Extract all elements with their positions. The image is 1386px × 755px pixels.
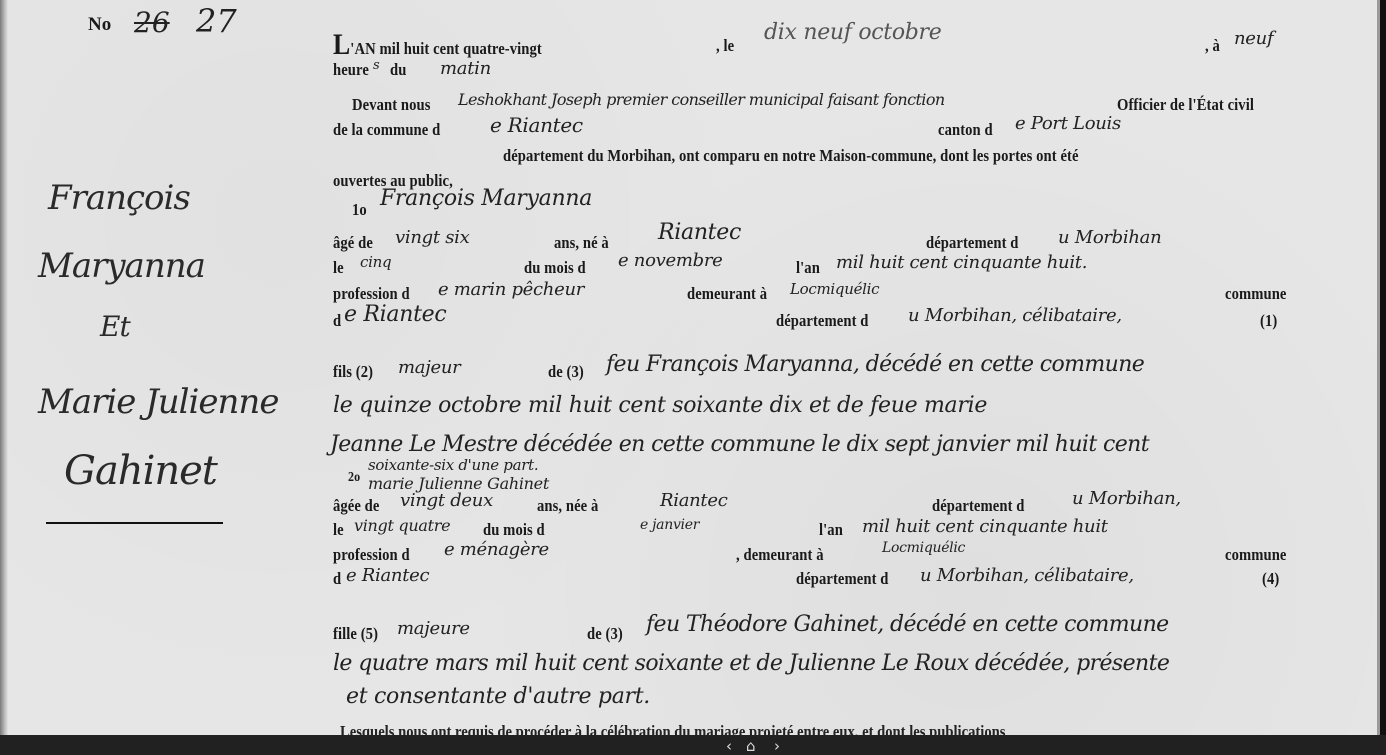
handwritten-bride-father: feu Théodore Gahinet, décédé en cette co… — [646, 612, 1169, 637]
margin-groom-last-name: Maryanna — [38, 246, 205, 286]
printed-text: département d — [776, 311, 868, 331]
printed-text: Devant nous — [352, 95, 431, 115]
handwritten-bride-dept: u Morbihan, — [1072, 488, 1181, 509]
handwritten-bride-majority: majeure — [397, 618, 470, 639]
printed-text: de (3) — [548, 362, 584, 382]
printed-text: département d — [932, 496, 1024, 516]
handwritten-bride-status: u Morbihan, célibataire, — [920, 565, 1134, 586]
handwritten-groom-dept: u Morbihan — [1058, 227, 1161, 248]
handwritten-bride-birth-month: e janvier — [640, 517, 699, 533]
handwritten-groom-birth-month: e novembre — [618, 250, 722, 271]
printed-text: 2o — [348, 470, 360, 486]
document-scan: No 26 27 François Maryanna Et Marie Juli… — [0, 0, 1386, 735]
record-number: 27 — [196, 2, 237, 40]
printed-text: heure — [333, 60, 369, 80]
next-page-button[interactable]: › — [774, 738, 780, 755]
margin-bride-last-name: Gahinet — [64, 448, 217, 494]
handwritten-bride-age: vingt deux — [400, 490, 493, 511]
handwritten-text: soixante-six d'une part. — [368, 456, 538, 474]
record-number-label: No — [88, 14, 111, 36]
handwritten-canton: e Port Louis — [1015, 113, 1121, 134]
handwritten-text: et consentante d'autre part. — [346, 684, 650, 709]
printed-text: 1o — [352, 200, 367, 220]
printed-text: , à — [1205, 36, 1220, 56]
printed-text: ans, né à — [554, 233, 609, 253]
printed-text: ans, née à — [537, 496, 598, 516]
margin-conjunction: Et — [100, 310, 130, 343]
handwritten-text: Jeanne Le Mestre décédée en cette commun… — [330, 432, 1149, 457]
printed-text: de la commune d — [333, 120, 440, 140]
handwritten-bride-residence: Locmiquélic — [882, 540, 965, 556]
printed-text: L'AN mil huit cent quatre-vingt — [333, 28, 542, 62]
handwritten-groom-name: François Maryanna — [380, 186, 592, 211]
page-right-edge — [1380, 0, 1386, 735]
handwritten-officer: Leshokhant Joseph premier conseiller mun… — [458, 90, 945, 109]
handwritten-groom-profession: e marin pêcheur — [438, 279, 584, 300]
printed-text: âgé de — [333, 233, 373, 253]
handwritten-groom-birth-day: cinq — [360, 253, 391, 271]
home-icon[interactable]: ⌂ — [746, 738, 756, 755]
handwritten-groom-father: feu François Maryanna, décédé en cette c… — [606, 352, 1144, 377]
margin-bride-first-name: Marie Julienne — [38, 382, 278, 422]
handwritten-text: s — [373, 58, 379, 73]
printed-text: du — [390, 60, 406, 80]
printed-text: (4) — [1262, 569, 1279, 589]
handwritten-groom-commune: e Riantec — [344, 302, 446, 327]
printed-text: le — [333, 520, 344, 540]
handwritten-groom-status: u Morbihan, célibataire, — [908, 305, 1122, 326]
previous-page-button[interactable]: ‹ — [726, 738, 732, 755]
handwritten-bride-profession: e ménagère — [444, 539, 549, 560]
printed-text: profession d — [333, 545, 410, 565]
printed-text: de (3) — [587, 624, 623, 644]
printed-text: département d — [796, 569, 888, 589]
handwritten-text: le quinze octobre mil huit cent soixante… — [333, 393, 987, 418]
printed-text: commune — [1225, 545, 1287, 565]
handwritten-date: dix neuf octobre — [764, 20, 941, 45]
handwritten-bride-birthplace: Riantec — [660, 490, 728, 511]
printed-text: département du Morbihan, ont comparu en … — [503, 146, 1079, 166]
handwritten-groom-residence: Locmiquélic — [790, 280, 879, 298]
printed-text: d — [333, 569, 341, 589]
printed-text: demeurant à — [687, 284, 767, 304]
printed-text: le — [333, 258, 344, 278]
handwritten-text: le quatre mars mil huit cent soixante et… — [333, 651, 1169, 676]
printed-text: fille (5) — [333, 624, 378, 644]
printed-text: profession d — [333, 284, 410, 304]
printed-text: l'an — [796, 258, 820, 278]
margin-groom-first-name: François — [48, 178, 190, 218]
handwritten-bride-birth-year: mil huit cent cinquante huit — [862, 516, 1108, 537]
printed-text: (1) — [1260, 311, 1277, 331]
printed-text: du mois d — [483, 520, 545, 540]
printed-text: l'an — [819, 520, 843, 540]
handwritten-groom-birth-year: mil huit cent cinquante huit. — [836, 252, 1087, 273]
handwritten-hour: neuf — [1234, 28, 1273, 49]
handwritten-groom-age: vingt six — [395, 227, 469, 248]
margin-underline — [46, 522, 223, 524]
printed-text: commune — [1225, 284, 1287, 304]
printed-text: d — [333, 311, 341, 331]
viewer-toolbar — [0, 735, 1386, 755]
printed-text: du mois d — [524, 258, 586, 278]
printed-text: Officier de l'État civil — [1117, 95, 1254, 115]
printed-text-cut-off: Lesquels nous ont requis de procéder à l… — [340, 722, 1005, 735]
handwritten-groom-majority: majeur — [398, 357, 460, 378]
handwritten-time-of-day: matin — [440, 58, 491, 79]
printed-text: canton d — [938, 120, 993, 140]
handwritten-bride-commune: e Riantec — [346, 565, 429, 586]
handwritten-bride-birth-day: vingt quatre — [354, 516, 450, 535]
printed-text: , demeurant à — [736, 545, 824, 565]
page-binding-edge — [0, 0, 8, 735]
handwritten-commune: e Riantec — [490, 113, 583, 137]
printed-text: département d — [926, 233, 1018, 253]
record-number-struck: 26 — [134, 6, 170, 39]
printed-text: âgée de — [333, 496, 379, 516]
printed-text: , le — [716, 36, 734, 56]
printed-text: fils (2) — [333, 362, 373, 382]
handwritten-groom-birthplace: Riantec — [658, 220, 741, 245]
